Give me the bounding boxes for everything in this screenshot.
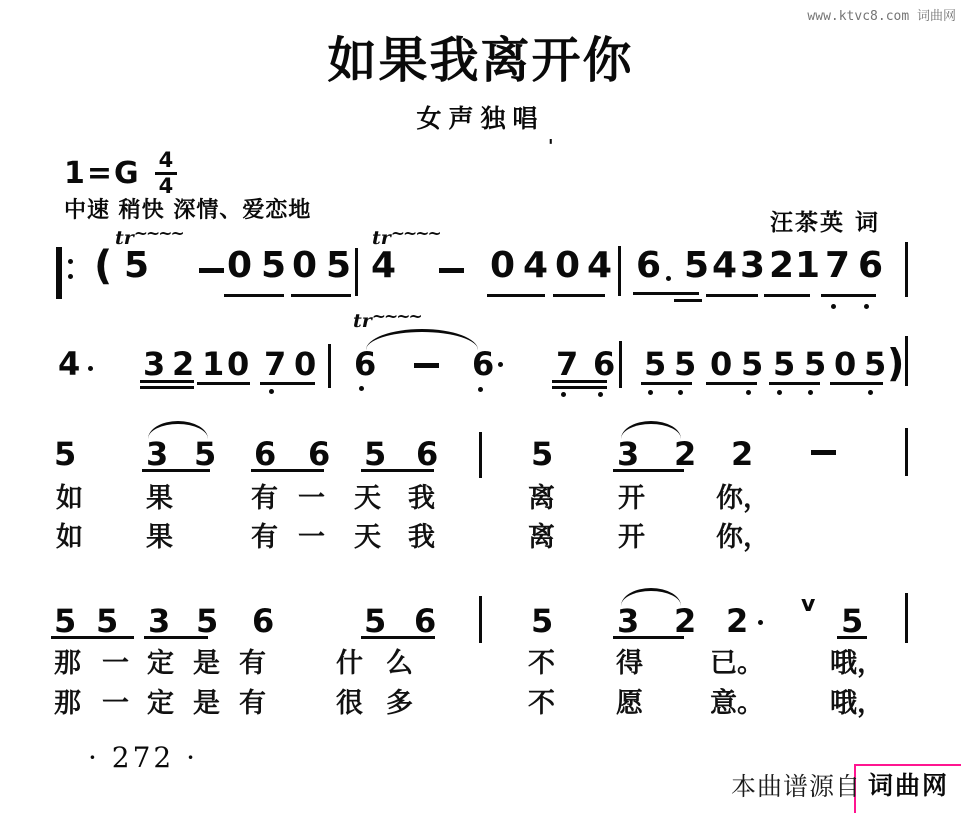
- note-digit: 5: [194, 438, 216, 470]
- note-digit: 0: [292, 248, 317, 284]
- octave-dot: [269, 389, 274, 394]
- note-digit: 5: [531, 605, 553, 637]
- lyric-char: 定: [147, 650, 174, 677]
- lyric-char: 么: [386, 650, 413, 677]
- trill-mark: tr~~~~: [372, 229, 440, 248]
- meter-denominator: 4: [155, 175, 178, 197]
- beam-underline: [837, 636, 867, 639]
- trill-label: tr: [115, 227, 134, 249]
- note-digit: 2: [674, 605, 696, 637]
- trill-wave: ~~~~: [391, 224, 440, 244]
- note-digit: 1: [795, 248, 820, 284]
- octave-dot: [808, 390, 813, 395]
- meter-numerator: 4: [155, 150, 178, 175]
- beam-underline: [361, 636, 435, 639]
- key-signature: 1=G 4 4: [64, 150, 177, 197]
- beam-underline: [613, 469, 684, 472]
- beam-underline: [260, 382, 315, 385]
- lyric-char: 定: [147, 690, 174, 717]
- octave-dot: [648, 390, 653, 395]
- note-digit: 4: [58, 348, 80, 380]
- note-digit: 0: [834, 348, 856, 380]
- barline: [905, 428, 908, 476]
- octave-dot: [359, 386, 364, 391]
- lyric-char: 哦，: [830, 690, 884, 717]
- lyric-char: 不: [528, 650, 555, 677]
- lyric-char: 你，: [716, 524, 770, 551]
- lyric-char: 有: [239, 650, 266, 677]
- barline: [619, 341, 622, 388]
- note-digit: 3: [617, 438, 639, 470]
- close-paren: ): [887, 344, 904, 382]
- barline: [618, 246, 621, 296]
- sheet-music-page: www.ktvc8.com 词曲网 如果我离开你 女声独唱 1=G 4 4 中速…: [0, 0, 961, 813]
- octave-dot: [777, 390, 782, 395]
- beam-underline: [553, 294, 605, 297]
- note-digit: 0: [227, 348, 249, 380]
- lyric-char: 得: [616, 650, 643, 677]
- beam-underline: [769, 382, 820, 385]
- note-digit: 0: [710, 348, 732, 380]
- lyric-char: 不: [528, 690, 555, 717]
- note-digit: 0: [555, 248, 580, 284]
- note-digit: 5: [364, 438, 386, 470]
- lyric-char: 很: [336, 690, 363, 717]
- beam-underline: [361, 469, 434, 472]
- note-digit: 5: [864, 348, 886, 380]
- beam-underline: [641, 382, 692, 385]
- note-digit: 5: [841, 605, 863, 637]
- lyric-char: 有: [239, 690, 266, 717]
- lyric-char: 哦，: [830, 650, 884, 677]
- beam-underline: [51, 636, 134, 639]
- note-digit: 5: [773, 348, 795, 380]
- note-digit: 3: [148, 605, 170, 637]
- trill-wave: ~~~~: [372, 307, 421, 327]
- barline: [479, 596, 482, 643]
- note-digit: 4: [523, 248, 548, 284]
- trill-wave: ~~~~: [134, 224, 183, 244]
- beam-underline: [140, 386, 194, 389]
- trill-label: tr: [353, 310, 372, 332]
- note-digit: 0: [294, 348, 316, 380]
- note-digit: 3: [617, 605, 639, 637]
- beam-underline: [830, 382, 883, 385]
- note-digit: 5: [741, 348, 763, 380]
- note-digit: 5: [674, 348, 696, 380]
- lyricist-credit: 汪茶英 词: [770, 211, 880, 234]
- lyric-char: 一: [102, 650, 129, 677]
- note-digit: 3: [143, 348, 165, 380]
- note-digit: 5: [326, 248, 351, 284]
- lyric-char: 天: [354, 485, 381, 512]
- note-digit: 5: [54, 605, 76, 637]
- beam-underline: [251, 469, 324, 472]
- note-digit: 4: [712, 248, 737, 284]
- note-digit: 5: [96, 605, 118, 637]
- barline: [479, 432, 482, 478]
- lyric-char: 如: [56, 485, 83, 512]
- note-digit: 6: [416, 438, 438, 470]
- beam-underline: [142, 469, 210, 472]
- octave-dot: [478, 387, 483, 392]
- note-digit: 6: [472, 348, 494, 380]
- octave-dot: [746, 390, 751, 395]
- octave-dot: [666, 276, 671, 281]
- octave-dot: [831, 304, 836, 309]
- note-digit: 6: [858, 248, 883, 284]
- lyric-char: 天: [354, 524, 381, 551]
- beam-underline: [197, 382, 250, 385]
- barline: [905, 242, 908, 297]
- slur-arc: [621, 588, 681, 606]
- note-digit: 7: [556, 348, 578, 380]
- beam-underline: [633, 292, 699, 295]
- beam-underline: [199, 268, 224, 273]
- note-digit: 5: [644, 348, 666, 380]
- lyric-char: 开: [618, 485, 645, 512]
- note-digit: 6: [252, 605, 274, 637]
- note-digit: 3: [146, 438, 168, 470]
- lyric-char: 一: [298, 524, 325, 551]
- beam-underline: [552, 386, 607, 389]
- beam-underline: [764, 294, 810, 297]
- beam-underline: [613, 636, 684, 639]
- open-paren: (: [94, 246, 112, 286]
- note-digit: 4: [587, 248, 612, 284]
- source-site-link[interactable]: 词曲网: [868, 773, 949, 798]
- beam-underline: [487, 294, 545, 297]
- note-digit: 0: [490, 248, 515, 284]
- lyric-char: 离: [528, 485, 555, 512]
- beam-underline: [821, 294, 876, 297]
- note-digit: 2: [674, 438, 696, 470]
- beam-underline: [224, 294, 284, 297]
- beam-underline: [811, 450, 836, 455]
- lyric-char: 如: [56, 524, 83, 551]
- lyric-char: 开: [618, 524, 645, 551]
- beam-underline: [706, 294, 758, 297]
- beam-underline: [140, 380, 194, 383]
- tempo-marking: 中速 稍快 深情、爱恋地: [64, 199, 311, 221]
- octave-dot: [678, 390, 683, 395]
- barline: [905, 593, 908, 643]
- note-digit: 3: [740, 248, 765, 284]
- lyric-char: 那: [54, 690, 81, 717]
- lyric-char: 果: [146, 485, 173, 512]
- octave-dot: [561, 392, 566, 397]
- lyric-char: 一: [102, 690, 129, 717]
- breath-mark: v: [801, 594, 815, 616]
- slur-arc: [148, 421, 208, 439]
- barline: [905, 336, 908, 386]
- note-digit: 7: [825, 248, 850, 284]
- lyric-char: 愿: [616, 690, 643, 717]
- song-subtitle: 女声独唱: [0, 106, 961, 131]
- trill-label: tr: [372, 227, 391, 249]
- octave-dot: [864, 304, 869, 309]
- note-digit: 6: [593, 348, 615, 380]
- lyric-char: 多: [386, 690, 413, 717]
- lyric-char: 是: [193, 650, 220, 677]
- note-digit: 7: [264, 348, 286, 380]
- note-digit: 5: [531, 438, 553, 470]
- lyric-char: 有: [251, 485, 278, 512]
- lyric-char: 已。: [710, 650, 764, 677]
- beam-underline: [144, 636, 208, 639]
- lyric-char: 一: [298, 485, 325, 512]
- lyric-char: 什: [336, 650, 363, 677]
- lyric-char: 离: [528, 524, 555, 551]
- note-digit: 6: [636, 248, 661, 284]
- stray-mark: ': [548, 138, 554, 156]
- note-digit: 5: [364, 605, 386, 637]
- lyric-char: 我: [408, 524, 435, 551]
- lyric-char: 果: [146, 524, 173, 551]
- note-digit: 2: [726, 605, 748, 637]
- slur-arc: [621, 421, 681, 439]
- time-signature: 4 4: [155, 150, 178, 197]
- octave-dot: [498, 362, 503, 367]
- octave-dot: [88, 366, 93, 371]
- lyric-char: 我: [408, 485, 435, 512]
- lyric-char: 意。: [710, 690, 764, 717]
- beam-underline: [674, 299, 702, 302]
- note-digit: 6: [414, 605, 436, 637]
- note-digit: 2: [172, 348, 194, 380]
- note-digit: 5: [54, 438, 76, 470]
- slur-arc: [366, 329, 478, 350]
- note-digit: 5: [684, 248, 709, 284]
- trill-mark: tr~~~~: [353, 312, 421, 331]
- octave-dot: [868, 390, 873, 395]
- beam-underline: [552, 380, 607, 383]
- note-digit: 6: [354, 348, 376, 380]
- note-digit: 4: [371, 248, 396, 284]
- watermark-text: www.ktvc8.com 词曲网: [807, 5, 956, 24]
- beam-underline: [414, 363, 439, 368]
- note-digit: 5: [124, 248, 149, 284]
- beam-underline: [439, 268, 464, 273]
- barline: [56, 247, 62, 299]
- octave-dot: [598, 392, 603, 397]
- page-number: · 272 ·: [88, 744, 198, 772]
- barline: [355, 248, 358, 296]
- note-digit: 5: [804, 348, 826, 380]
- source-prefix: 本曲谱源自: [731, 774, 861, 799]
- note-digit: 1: [202, 348, 224, 380]
- note-digit: 5: [261, 248, 286, 284]
- lyric-char: 你，: [716, 485, 770, 512]
- barline: [328, 344, 331, 388]
- note-digit: 6: [308, 438, 330, 470]
- note-digit: 2: [769, 248, 794, 284]
- note-digit: 2: [731, 438, 753, 470]
- lyric-char: 那: [54, 650, 81, 677]
- note-digit: 0: [227, 248, 252, 284]
- octave-dot: [68, 274, 73, 279]
- beam-underline: [291, 294, 351, 297]
- beam-underline: [706, 382, 757, 385]
- song-title: 如果我离开你: [0, 36, 961, 85]
- trill-mark: tr~~~~: [115, 229, 183, 248]
- lyric-char: 有: [251, 524, 278, 551]
- octave-dot: [68, 259, 73, 264]
- note-digit: 6: [254, 438, 276, 470]
- octave-dot: [758, 620, 763, 625]
- key-tonic: 1=G: [64, 159, 141, 189]
- lyric-char: 是: [193, 690, 220, 717]
- note-digit: 5: [196, 605, 218, 637]
